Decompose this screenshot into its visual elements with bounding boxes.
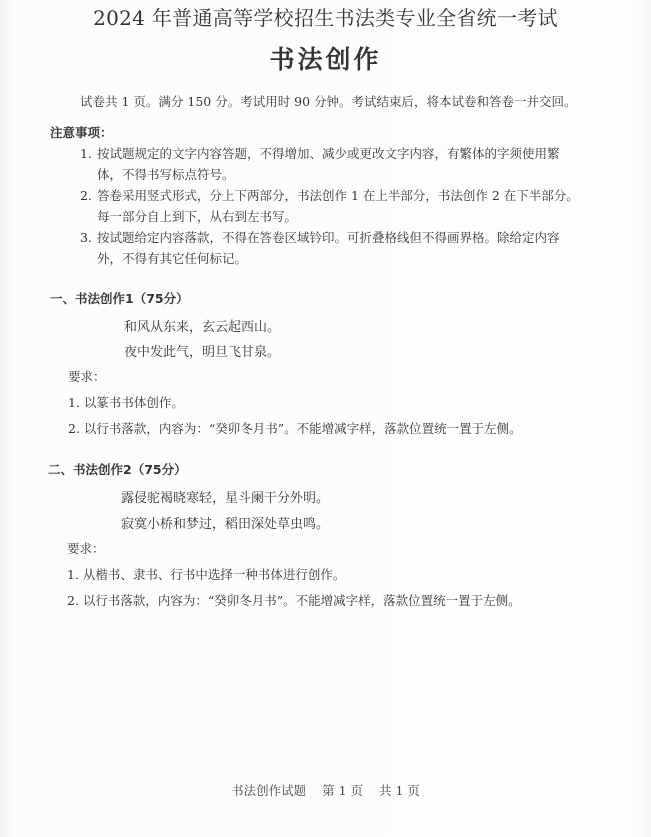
note-item-2: 2.答卷采用竖式形式，分上下两部分，书法创作 1 在上半部分，书法创作 2 在下… [80, 185, 579, 227]
footer-page-current: 第 1 页 [322, 783, 363, 798]
note-text-continued: 每一部分自上到下，从右到左书写。 [80, 206, 579, 227]
note-item-3: 3.按试题给定内容落款，不得在答卷区域钤印。可折叠格线但不得画界格。除给定内容 … [80, 227, 560, 269]
note-text: 答卷采用竖式形式，分上下两部分，书法创作 1 在上半部分，书法创作 2 在下半部… [97, 188, 579, 203]
note-text-continued: 体，不得书写标点符号。 [80, 164, 560, 185]
note-text: 按试题规定的文字内容答题，不得增加、减少或更改文字内容，有繁体的字须使用繁 [97, 146, 560, 161]
section-1-poem-line: 和风从东来，玄云起西山。 [124, 316, 280, 335]
section-1-requirement: 1. 以篆书书体创作。 [68, 393, 184, 411]
footer-doc-name: 书法创作试题 [231, 783, 306, 798]
note-number: 3. [80, 227, 97, 248]
page-footer: 书法创作试题 第 1 页 共 1 页 [0, 781, 651, 799]
section-1-poem-line: 夜中发此气，明旦飞甘泉。 [124, 341, 280, 360]
section-1-requirements-heading: 要求： [68, 367, 106, 385]
section-2-requirement: 1. 从楷书、隶书、行书中选择一种书体进行创作。 [67, 565, 345, 583]
exam-title: 2024 年普通高等学校招生书法类专业全省统一考试 [0, 2, 651, 31]
section-2-poem-line: 寂寞小桥和梦过，稻田深处草虫鸣。 [121, 513, 329, 532]
paper-title: 书法创作 [0, 40, 651, 76]
notes-heading: 注意事项： [50, 123, 113, 141]
note-text: 按试题给定内容落款，不得在答卷区域钤印。可折叠格线但不得画界格。除给定内容 [97, 230, 560, 245]
section-2-heading: 二、书法创作2（75分） [48, 460, 187, 478]
note-number: 1. [80, 143, 97, 164]
footer-page-total: 共 1 页 [379, 783, 420, 798]
note-text-continued: 外，不得有其它任何标记。 [80, 248, 560, 269]
section-2-poem-line: 露侵驼褐晓寒轻，星斗阑干分外明。 [121, 487, 329, 506]
section-2-requirement: 2. 以行书落款，内容为：“癸卯冬月书”。不能增减字样，落款位置统一置于左侧。 [67, 591, 521, 609]
section-1-heading: 一、书法创作1（75分） [50, 289, 189, 307]
section-1-requirement: 2. 以行书落款，内容为：“癸卯冬月书”。不能增减字样，落款位置统一置于左侧。 [68, 419, 522, 437]
exam-page: 2024 年普通高等学校招生书法类专业全省统一考试 书法创作 试卷共 1 页。满… [0, 0, 651, 837]
exam-instructions: 试卷共 1 页。满分 150 分。考试用时 90 分钟。考试结束后，将本试卷和答… [80, 92, 577, 110]
section-2-requirements-heading: 要求： [67, 539, 105, 557]
note-number: 2. [80, 185, 97, 206]
note-item-1: 1.按试题规定的文字内容答题，不得增加、减少或更改文字内容，有繁体的字须使用繁 … [80, 143, 560, 185]
